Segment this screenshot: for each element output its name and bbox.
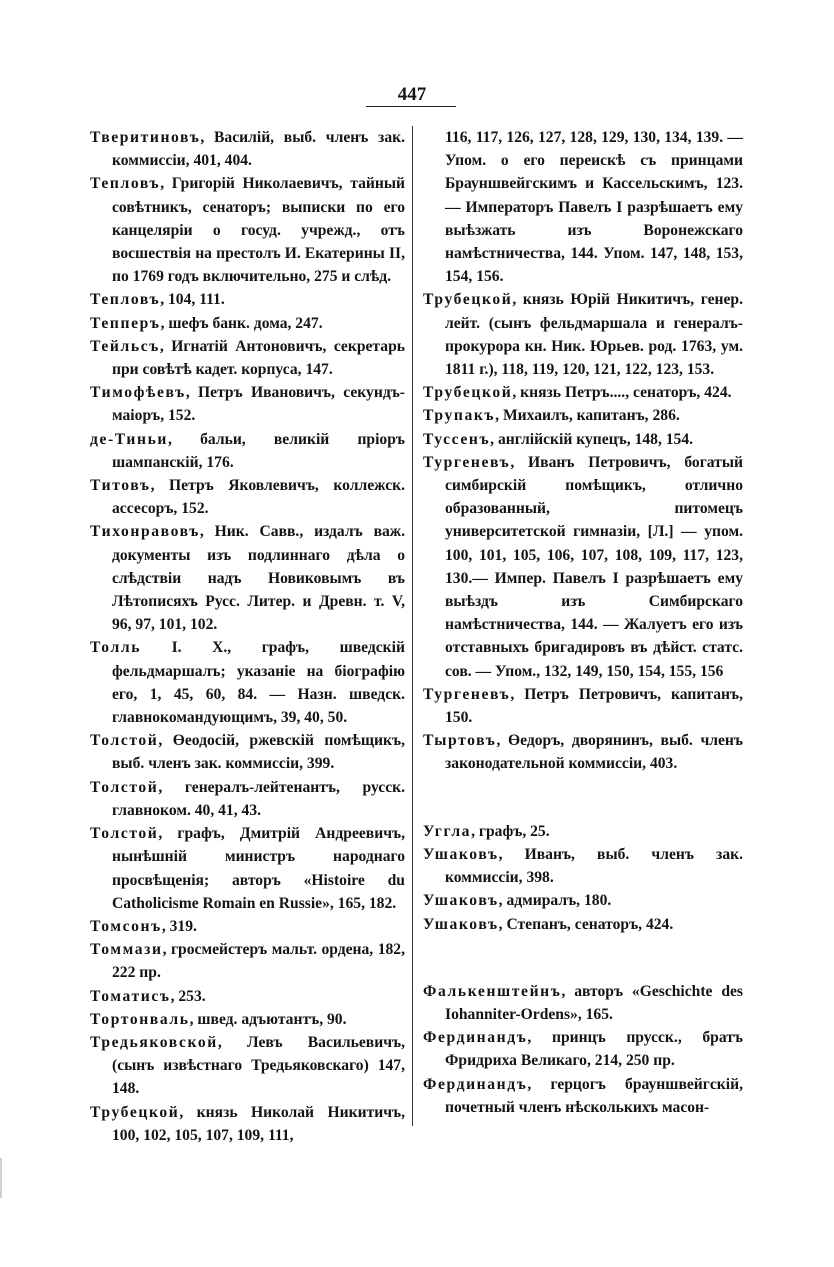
entry-headword: Трупакъ xyxy=(423,407,495,424)
index-entry: Трубецкой, князь Петръ...., сенаторъ, 42… xyxy=(423,381,743,404)
index-entry: Трубецкой, князь Юрій Никитичъ, генер. л… xyxy=(423,288,743,381)
entry-headword: Тепловъ xyxy=(90,291,160,308)
entry-headword: Фалькенштейнъ xyxy=(423,983,561,1000)
entry-headword: Томатисъ xyxy=(90,988,171,1005)
entry-headword: Томсонъ xyxy=(90,918,162,935)
section-t: Трубецкой, князь Юрій Никитичъ, генер. л… xyxy=(423,288,743,775)
right-column: 116, 117, 126, 127, 128, 129, 130, 134, … xyxy=(423,126,743,1119)
column-divider xyxy=(412,126,413,1126)
index-entry: де-Тиньи, бальи, великій пріоръ шампанск… xyxy=(90,428,405,474)
entry-headword: Трубецкой xyxy=(423,291,512,308)
index-entry: Тепперъ, шефъ банк. дома, 247. xyxy=(90,312,405,335)
entry-headword: Тепловъ xyxy=(90,175,160,192)
section-u: Уггла, графъ, 25.Ушаковъ, Иванъ, выб. чл… xyxy=(423,820,743,936)
entry-text: , Михаилъ, капитанъ, 286. xyxy=(495,407,680,424)
section-f: Фалькенштейнъ, авторъ «Geschichte des Io… xyxy=(423,980,743,1119)
scan-edge-mark xyxy=(0,1158,2,1198)
entry-headword: Тургеневъ xyxy=(423,686,510,703)
entry-headword: Толстой xyxy=(90,825,158,842)
entry-headword: Уггла xyxy=(423,823,471,840)
index-entry: Тихонравовъ, Ник. Савв., издалъ важ. док… xyxy=(90,520,405,636)
entry-headword: Тургеневъ xyxy=(423,454,510,471)
entry-text: , 319. xyxy=(162,918,197,935)
index-entry: Тепловъ, 104, 111. xyxy=(90,288,405,311)
entry-headword: Толстой xyxy=(90,732,158,749)
index-entry: Ушаковъ, Степанъ, сенаторъ, 424. xyxy=(423,913,743,936)
entry-text: , князь Петръ...., сенаторъ, 424. xyxy=(512,384,731,401)
index-entry: Туссенъ, англійскій купецъ, 148, 154. xyxy=(423,428,743,451)
index-entry: Уггла, графъ, 25. xyxy=(423,820,743,843)
entry-text: , Петръ Яковлевичъ, коллежск. ассесоръ, … xyxy=(112,477,405,517)
entry-headword: Толль xyxy=(90,639,141,656)
entry-headword: Тверитиновъ xyxy=(90,129,200,146)
index-entry: Толстой, графъ, Дмитрій Андреевичъ, нынѣ… xyxy=(90,822,405,915)
entry-headword: Тихонравовъ xyxy=(90,523,200,540)
entry-headword: Тортонваль xyxy=(90,1011,190,1028)
entry-text: , графъ, 25. xyxy=(471,823,550,840)
index-entry: Тургеневъ, Петръ Петровичъ, капитанъ, 15… xyxy=(423,683,743,729)
entry-headword: Трубецкой xyxy=(423,384,512,401)
index-entry: Трубецкой, князь Николай Никитичъ, 100, … xyxy=(90,1101,405,1147)
entry-headword: Фердинандъ xyxy=(423,1029,527,1046)
entry-text: I. X., графъ, шведскій фельдмаршалъ; ука… xyxy=(112,639,405,726)
entry-headword: Ушаковъ xyxy=(423,916,499,933)
index-entry: Толль I. X., графъ, шведскій фельдмаршал… xyxy=(90,636,405,729)
entry-headword: Тейльсъ xyxy=(90,338,160,355)
index-entry: Фердинандъ, герцогъ браунш­вейгскій, поч… xyxy=(423,1073,743,1119)
entry-headword: Фердинандъ xyxy=(423,1076,527,1093)
entry-headword: Толстой xyxy=(90,779,158,796)
index-entry: Тверитиновъ, Василій, выб. членъ зак. ко… xyxy=(90,126,405,172)
entry-headword: Тимофѣевъ xyxy=(90,384,186,401)
index-entry: Толстой, генералъ-лейтенантъ, русск. гла… xyxy=(90,776,405,822)
index-entry: Титовъ, Петръ Яковлевичъ, коллежск. ассе… xyxy=(90,474,405,520)
entry-headword: Тепперъ xyxy=(90,315,161,332)
index-entry: Толстой, Өеодосій, ржевскій помѣщикъ, вы… xyxy=(90,729,405,775)
continued-entry: 116, 117, 126, 127, 128, 129, 130, 134, … xyxy=(423,126,743,288)
index-entry: Фалькенштейнъ, авторъ «Geschichte des Io… xyxy=(423,980,743,1026)
entry-text: , адмиралъ, 180. xyxy=(499,892,612,909)
entry-text: , Иванъ Петровичъ, богатый симбирскій по… xyxy=(445,454,743,680)
entry-text: , 104, 111. xyxy=(160,291,225,308)
index-entry: Томмази, гросмейстеръ мальт. ордена, 182… xyxy=(90,938,405,984)
page-number: 447 xyxy=(372,84,452,106)
index-entry: Томсонъ, 319. xyxy=(90,915,405,938)
entry-text: , англійскій купецъ, 148, 154. xyxy=(490,431,693,448)
index-entry: Тредьяковской, Левъ Васильевичъ, (сынъ и… xyxy=(90,1031,405,1101)
index-entry: Тургеневъ, Иванъ Петровичъ, богатый симб… xyxy=(423,451,743,683)
entry-headword: Томмази xyxy=(90,941,163,958)
entry-headword: Туссенъ xyxy=(423,431,490,448)
entry-text: , Степанъ, сенаторъ, 424. xyxy=(499,916,674,933)
index-entry: Ушаковъ, адмиралъ, 180. xyxy=(423,889,743,912)
index-entry: Тыртовъ, Өедоръ, дворянинъ, выб. членъ з… xyxy=(423,729,743,775)
entry-text: , шефъ банк. дома, 247. xyxy=(161,315,323,332)
entry-text: , швед. адъютантъ, 90. xyxy=(190,1011,347,1028)
index-entry: Тимофѣевъ, Петръ Ивановичъ, секундъ-маіо… xyxy=(90,381,405,427)
index-entry: Тейльсъ, Игнатій Антоновичъ, секретарь п… xyxy=(90,335,405,381)
entry-text: , 253. xyxy=(171,988,206,1005)
entry-headword: Тыртовъ xyxy=(423,732,496,749)
entry-headword: Титовъ xyxy=(90,477,151,494)
entry-headword: Ушаковъ xyxy=(423,892,499,909)
index-entry: Тортонваль, швед. адъютантъ, 90. xyxy=(90,1008,405,1031)
index-entry: Тепловъ, Григорій Николаевичъ, тайный со… xyxy=(90,172,405,288)
entry-headword: де-Тиньи xyxy=(90,431,168,448)
entry-headword: Ушаковъ xyxy=(423,846,499,863)
section-gap xyxy=(423,776,743,820)
index-entry: Трупакъ, Михаилъ, капитанъ, 286. xyxy=(423,404,743,427)
header-rule xyxy=(366,106,456,107)
section-gap xyxy=(423,936,743,980)
left-column: Тверитиновъ, Василій, выб. членъ зак. ко… xyxy=(90,126,405,1147)
index-entry: Томатисъ, 253. xyxy=(90,985,405,1008)
index-entry: Ушаковъ, Иванъ, выб. членъ зак. коммиссі… xyxy=(423,843,743,889)
entry-headword: Трубецкой xyxy=(90,1104,179,1121)
index-entry: Фердинандъ, принцъ прусск., братъ Фридри… xyxy=(423,1026,743,1072)
entry-headword: Тредьяковской xyxy=(90,1034,218,1051)
